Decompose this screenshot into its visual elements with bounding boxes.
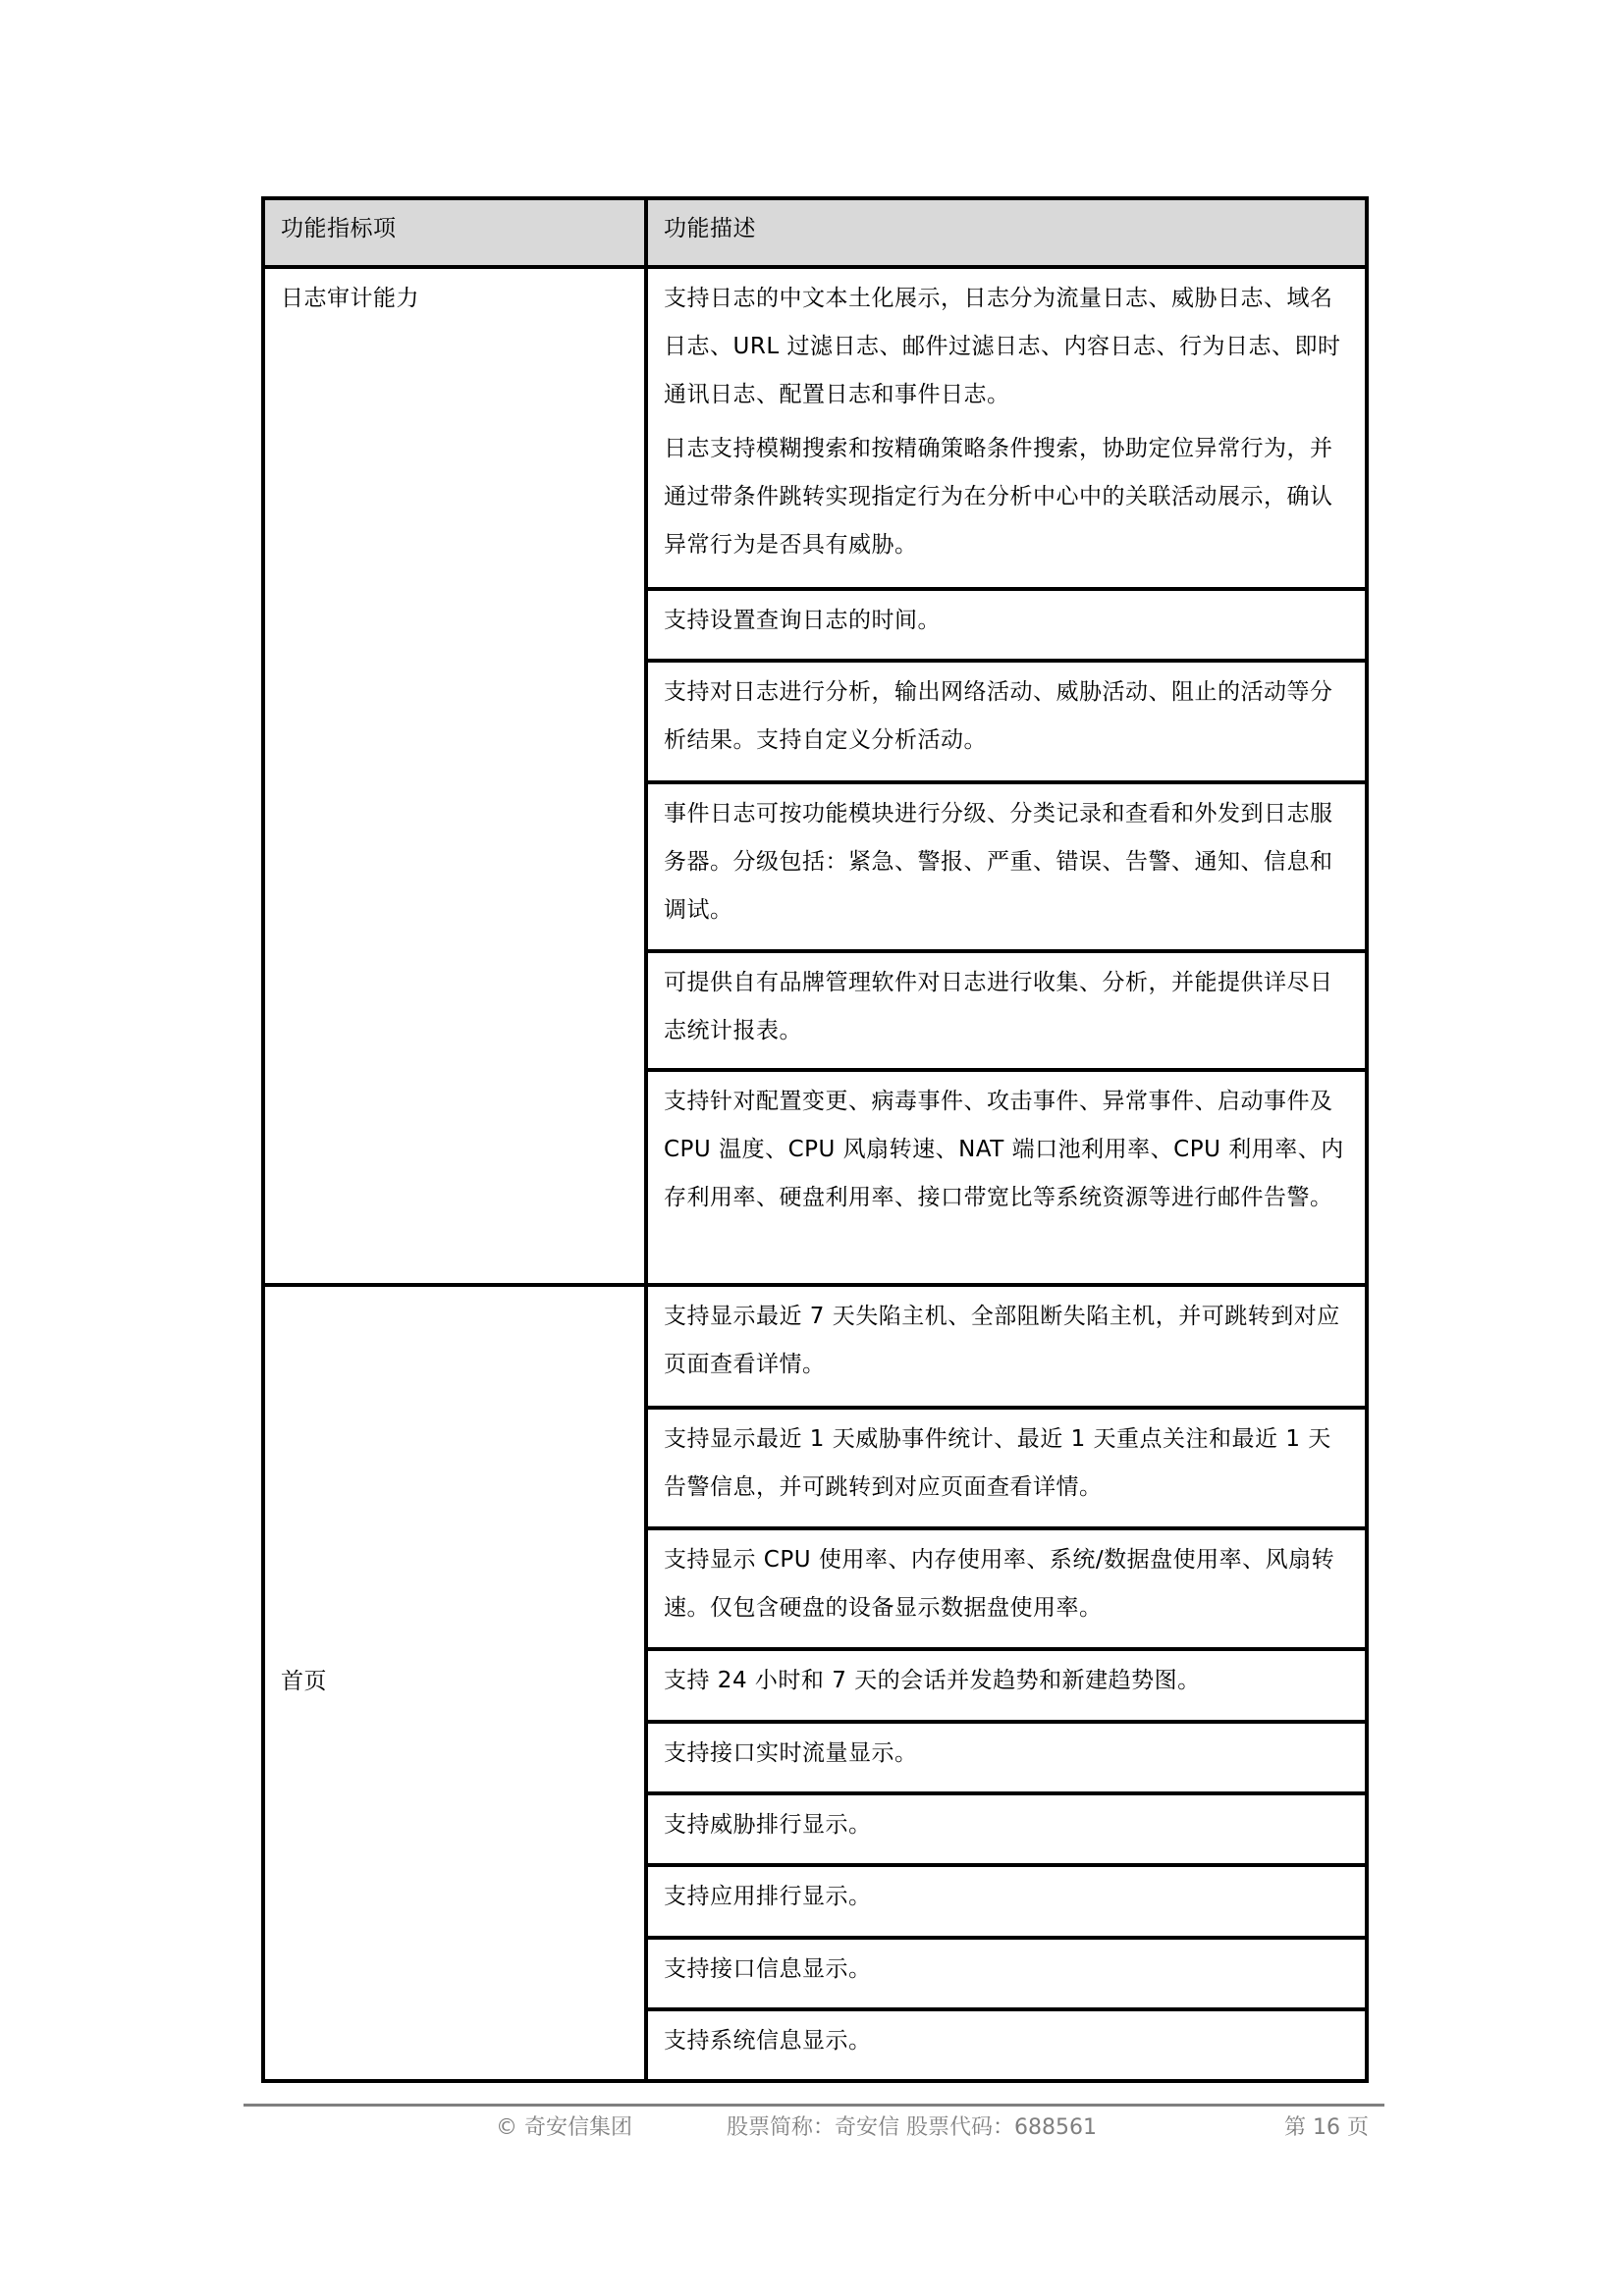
description-text: 可提供自有品牌管理软件对日志进行收集、分析，并能提供详尽日志统计报表。	[648, 953, 1365, 1063]
description-cell: 支持系统信息显示。	[646, 2009, 1367, 2081]
description-cell: 支持针对配置变更、病毒事件、攻击事件、异常事件、启动事件及 CPU 温度、CPU…	[646, 1070, 1367, 1285]
header-feature-label: 功能指标项	[265, 200, 644, 257]
table-row: 首页 支持显示最近 7 天失陷主机、全部阻断失陷主机，并可跳转到对应页面查看详情…	[263, 1285, 1367, 1408]
description-cell: 支持设置查询日志的时间。	[646, 589, 1367, 661]
footer-stock-info: 股票简称：奇安信 股票代码：688561	[727, 2110, 1097, 2141]
description-cell: 支持日志的中文本土化展示，日志分为流量日志、威胁日志、域名日志、URL 过滤日志…	[646, 267, 1367, 589]
description-cell: 支持接口实时流量显示。	[646, 1722, 1367, 1793]
description-text: 支持接口实时流量显示。	[648, 1724, 1365, 1786]
footer-divider	[244, 2104, 1384, 2107]
description-text: 支持显示最近 7 天失陷主机、全部阻断失陷主机，并可跳转到对应页面查看详情。	[648, 1287, 1365, 1397]
header-cell-feature: 功能指标项	[263, 198, 646, 267]
footer-copyright: © 奇安信集团	[496, 2110, 632, 2141]
header-cell-description: 功能描述	[646, 198, 1367, 267]
description-cell: 支持接口信息显示。	[646, 1938, 1367, 2009]
description-cell: 支持对日志进行分析，输出网络活动、威胁活动、阻止的活动等分析结果。支持自定义分析…	[646, 661, 1367, 782]
footer-page-number: 第 16 页	[1284, 2110, 1369, 2141]
description-text: 支持应用排行显示。	[648, 1867, 1365, 1929]
category-label: 日志审计能力	[265, 269, 644, 331]
table-header-row: 功能指标项 功能描述	[263, 198, 1367, 267]
description-text: 支持显示最近 1 天威胁事件统计、最近 1 天重点关注和最近 1 天告警信息，并…	[648, 1410, 1365, 1520]
description-text: 支持对日志进行分析，输出网络活动、威胁活动、阻止的活动等分析结果。支持自定义分析…	[648, 663, 1365, 773]
description-text: 事件日志可按功能模块进行分级、分类记录和查看和外发到日志服务器。分级包括：紧急、…	[648, 784, 1365, 942]
category-cell-home: 首页	[263, 1285, 646, 2081]
description-cell: 支持显示 CPU 使用率、内存使用率、系统/数据盘使用率、风扇转速。仅包含硬盘的…	[646, 1528, 1367, 1649]
header-description-label: 功能描述	[648, 200, 1365, 257]
description-text: 支持日志的中文本土化展示，日志分为流量日志、威胁日志、域名日志、URL 过滤日志…	[664, 275, 1349, 419]
description-cell: 事件日志可按功能模块进行分级、分类记录和查看和外发到日志服务器。分级包括：紧急、…	[646, 782, 1367, 951]
description-text: 支持显示 CPU 使用率、内存使用率、系统/数据盘使用率、风扇转速。仅包含硬盘的…	[648, 1530, 1365, 1640]
description-cell: 支持威胁排行显示。	[646, 1793, 1367, 1865]
description-text: 支持针对配置变更、病毒事件、攻击事件、异常事件、启动事件及 CPU 温度、CPU…	[648, 1072, 1365, 1230]
description-text: 支持 24 小时和 7 天的会话并发趋势和新建趋势图。	[648, 1651, 1365, 1713]
category-label: 首页	[265, 1652, 644, 1714]
description-text: 支持系统信息显示。	[648, 2011, 1365, 2073]
feature-table: 功能指标项 功能描述 日志审计能力 支持日志的中文本土化展示，日志分为流量日志、…	[261, 196, 1369, 2083]
category-cell-log-audit: 日志审计能力	[263, 267, 646, 1285]
description-cell: 支持显示最近 1 天威胁事件统计、最近 1 天重点关注和最近 1 天告警信息，并…	[646, 1408, 1367, 1528]
description-text: 支持威胁排行显示。	[648, 1795, 1365, 1857]
description-text: 日志支持模糊搜索和按精确策略条件搜索，协助定位异常行为，并通过带条件跳转实现指定…	[664, 425, 1349, 569]
description-cell: 支持显示最近 7 天失陷主机、全部阻断失陷主机，并可跳转到对应页面查看详情。	[646, 1285, 1367, 1408]
description-text: 支持接口信息显示。	[648, 1940, 1365, 2002]
description-cell: 支持应用排行显示。	[646, 1865, 1367, 1938]
table-row: 日志审计能力 支持日志的中文本土化展示，日志分为流量日志、威胁日志、域名日志、U…	[263, 267, 1367, 589]
description-cell: 支持 24 小时和 7 天的会话并发趋势和新建趋势图。	[646, 1649, 1367, 1722]
description-text: 支持设置查询日志的时间。	[648, 591, 1365, 653]
description-cell: 可提供自有品牌管理软件对日志进行收集、分析，并能提供详尽日志统计报表。	[646, 951, 1367, 1070]
